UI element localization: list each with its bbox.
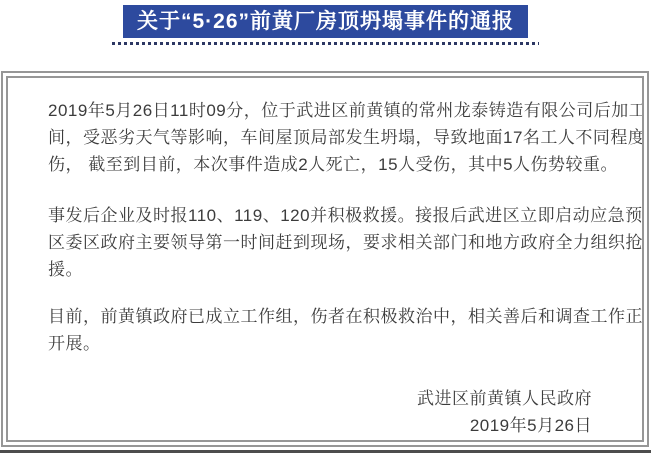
paragraph-line: 间，受恶劣天气等影响，车间屋顶局部发生坍塌，导致地面17名工人不同程度受	[48, 124, 598, 151]
paragraph-response: 事发后企业及时报110、119、120并积极救援。接报后武进区立即启动应急预案，…	[48, 202, 598, 283]
paragraph-incident: 2019年5月26日11时09分，位于武进区前黄镇的常州龙泰铸造有限公司后加工车…	[48, 97, 598, 178]
paragraph-line: 区委区政府主要领导第一时间赶到现场，要求相关部门和地方政府全力组织抢险救	[48, 229, 598, 256]
paragraph-line: 伤， 截至到目前，本次事件造成2人死亡，15人受伤，其中5人伤势较重。	[48, 151, 598, 178]
notice-box: 2019年5月26日11时09分，位于武进区前黄镇的常州龙泰铸造有限公司后加工车…	[1, 71, 649, 447]
banner-row: 关于“5·26”前黄厂房顶坍塌事件的通报	[0, 5, 651, 45]
paragraph-line: 目前，前黄镇政府已成立工作组，伤者在积极救治中，相关善后和调查工作正有序	[48, 303, 598, 330]
paragraph-line: 2019年5月26日11时09分，位于武进区前黄镇的常州龙泰铸造有限公司后加工车	[48, 97, 598, 124]
dotted-divider	[112, 42, 539, 45]
paragraph-line: 援。	[48, 256, 598, 283]
paragraph-status: 目前，前黄镇政府已成立工作组，伤者在积极救治中，相关善后和调查工作正有序 开展。	[48, 303, 598, 357]
paragraph-line: 事发后企业及时报110、119、120并积极救援。接报后武进区立即启动应急预案，	[48, 202, 598, 229]
signature-block: 武进区前黄镇人民政府 2019年5月26日	[48, 385, 598, 439]
notice-box-inner: 2019年5月26日11时09分，位于武进区前黄镇的常州龙泰铸造有限公司后加工车…	[6, 76, 644, 442]
signature-organization: 武进区前黄镇人民政府	[48, 385, 592, 412]
notice-page: { "header": { "title": "关于“5·26”前黄厂房顶坍塌事…	[0, 0, 651, 455]
notice-title-banner: 关于“5·26”前黄厂房顶坍塌事件的通报	[123, 5, 528, 38]
screenshot-bottom-edge	[0, 450, 651, 453]
signature-date: 2019年5月26日	[48, 412, 592, 439]
paragraph-line: 开展。	[48, 330, 598, 357]
